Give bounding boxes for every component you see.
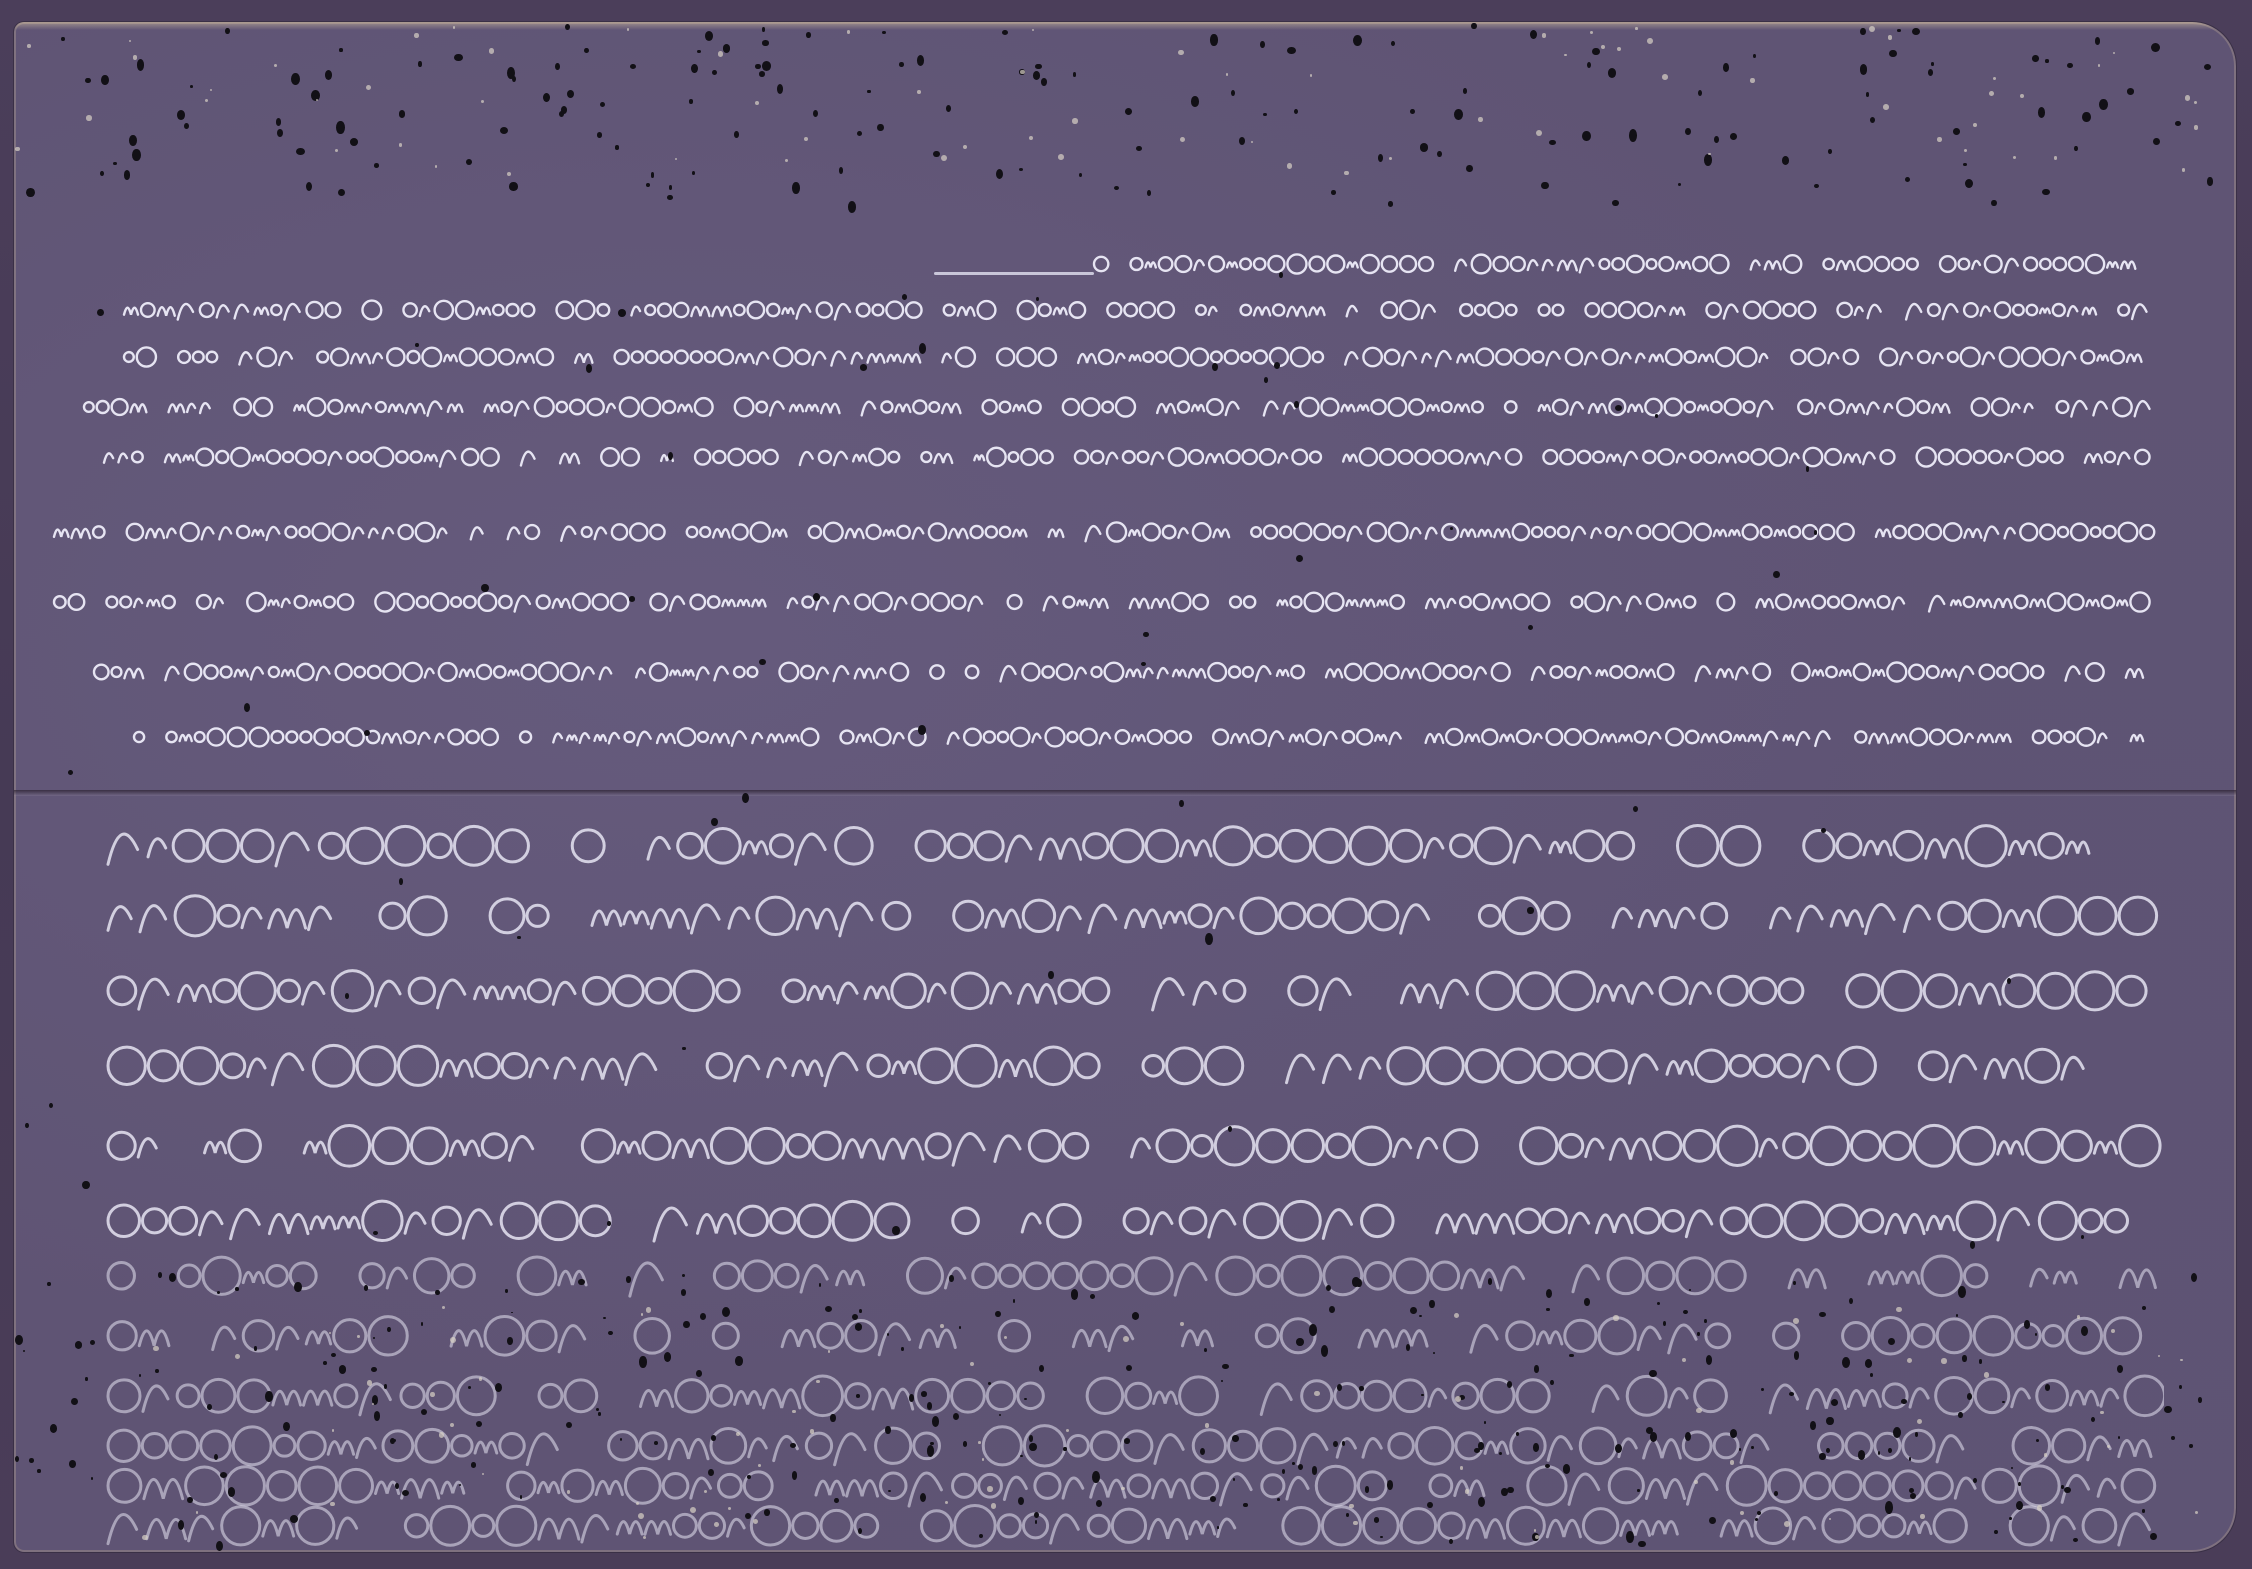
worm-hole xyxy=(855,1323,863,1331)
worm-hole xyxy=(2032,55,2038,62)
worm-hole xyxy=(899,62,904,67)
paper-speck xyxy=(430,1392,434,1396)
worm-hole xyxy=(350,138,359,146)
paper-speck xyxy=(439,1432,445,1438)
worm-hole xyxy=(2024,1320,2030,1329)
worm-hole xyxy=(2007,978,2011,984)
worm-hole xyxy=(919,343,926,353)
worm-hole xyxy=(543,93,550,102)
worm-hole xyxy=(2151,43,2160,52)
worm-hole xyxy=(1427,1502,1433,1508)
worm-hole xyxy=(1454,109,1463,120)
paper-speck xyxy=(755,101,759,105)
worm-hole xyxy=(1274,362,1280,369)
paper-speck xyxy=(1535,1535,1539,1539)
worm-hole xyxy=(927,1402,932,1410)
worm-hole xyxy=(1141,662,1146,666)
worm-hole xyxy=(1035,64,1041,70)
worm-hole xyxy=(692,171,695,175)
paper-speck xyxy=(2054,156,2058,160)
worm-hole xyxy=(764,1509,770,1515)
paper-speck xyxy=(2195,1511,2198,1514)
worm-hole xyxy=(1889,50,1897,57)
worm-hole xyxy=(1626,1531,1634,1542)
paper-speck xyxy=(2111,1329,2116,1334)
paper-speck xyxy=(1226,73,1229,76)
worm-hole xyxy=(1063,1447,1066,1452)
paper-speck xyxy=(27,44,31,48)
worm-hole xyxy=(338,189,345,196)
paper-speck xyxy=(1793,1318,1799,1324)
worm-hole xyxy=(1909,1457,1912,1461)
worm-hole xyxy=(1858,1450,1866,1460)
worm-hole xyxy=(395,1483,399,1489)
worm-hole xyxy=(1090,1294,1095,1299)
paper-speck xyxy=(86,115,92,121)
worm-hole xyxy=(225,28,229,34)
worm-hole xyxy=(265,1391,272,1402)
worm-hole xyxy=(1356,1279,1361,1288)
worm-hole xyxy=(2045,1384,2051,1391)
worm-hole xyxy=(1309,1324,1317,1335)
worm-hole xyxy=(1527,907,1533,913)
worm-hole xyxy=(667,195,672,200)
worm-hole xyxy=(1429,1300,1434,1308)
paper-speck xyxy=(1708,153,1710,155)
worm-hole xyxy=(1965,179,1973,188)
paper-speck xyxy=(1920,1514,1924,1518)
worm-hole xyxy=(1321,1345,1328,1357)
worm-hole xyxy=(1970,1241,1975,1249)
worm-hole xyxy=(555,63,560,70)
paper-speck xyxy=(2098,64,2100,66)
paper-speck xyxy=(479,1377,482,1380)
worm-hole xyxy=(1337,1384,1342,1391)
paper-speck xyxy=(2013,156,2016,159)
worm-hole xyxy=(124,170,130,179)
upper-panel xyxy=(14,22,2236,790)
worm-hole xyxy=(2036,1439,2039,1442)
worm-hole xyxy=(1204,1348,1207,1352)
paper-speck xyxy=(1883,104,1889,110)
worm-hole xyxy=(892,1226,899,1235)
worm-hole xyxy=(216,1541,223,1551)
worm-hole xyxy=(963,1441,967,1446)
paper-speck xyxy=(1058,154,1064,160)
worm-hole xyxy=(2171,1436,2175,1440)
worm-hole xyxy=(435,1290,439,1295)
worm-hole xyxy=(1041,78,1047,85)
paper-speck xyxy=(1344,171,1348,175)
worm-hole xyxy=(2095,37,2100,44)
worm-hole xyxy=(1991,200,1996,206)
worm-hole xyxy=(1885,1501,1893,1513)
worm-hole xyxy=(139,1374,141,1377)
script-line xyxy=(80,385,2160,425)
worm-hole xyxy=(1232,1435,1238,1442)
script-line xyxy=(104,1035,2164,1091)
worm-hole xyxy=(339,48,342,52)
worm-hole xyxy=(1294,109,1298,114)
worm-hole xyxy=(2082,112,2090,123)
worm-hole xyxy=(466,159,472,165)
paper-speck xyxy=(917,90,921,94)
paper-speck xyxy=(129,40,131,42)
worm-hole xyxy=(1931,62,1935,66)
worm-hole xyxy=(323,1361,327,1365)
worm-hole xyxy=(2011,1467,2013,1469)
worm-hole xyxy=(507,67,515,79)
worm-hole xyxy=(813,593,820,601)
worm-hole xyxy=(664,1352,672,1362)
worm-hole xyxy=(566,1422,572,1428)
worm-hole xyxy=(1789,1392,1794,1396)
paper-speck xyxy=(987,1486,992,1491)
worm-hole xyxy=(374,1411,381,1421)
worm-hole xyxy=(1331,190,1336,195)
worm-hole xyxy=(184,123,189,129)
worm-hole xyxy=(1723,63,1729,71)
worm-hole xyxy=(1704,1319,1707,1323)
worm-hole xyxy=(2042,189,2049,195)
paper-speck xyxy=(1180,137,1185,142)
worm-hole xyxy=(1260,41,1265,48)
worm-hole xyxy=(306,182,312,191)
paper-speck xyxy=(1635,27,1638,30)
worm-hole xyxy=(2175,121,2181,126)
paper-speck xyxy=(1937,137,1942,142)
worm-hole xyxy=(421,1409,427,1415)
worm-hole xyxy=(669,185,672,190)
worm-hole xyxy=(1243,1503,1247,1507)
script-line xyxy=(104,885,2164,941)
script-line xyxy=(100,435,2160,475)
worm-hole xyxy=(294,1282,301,1292)
paper-speck xyxy=(1029,136,1033,140)
paper-speck xyxy=(453,26,455,28)
worm-hole xyxy=(290,1515,298,1523)
worm-hole xyxy=(1810,1421,1816,1430)
script-line xyxy=(104,1115,2164,1171)
worm-hole xyxy=(759,71,766,77)
worm-hole xyxy=(1210,34,1217,45)
worm-hole xyxy=(1212,363,1218,371)
paper-speck xyxy=(758,1464,761,1467)
worm-hole xyxy=(418,61,421,66)
worm-hole xyxy=(132,149,140,161)
worm-hole xyxy=(1294,401,1299,408)
worm-hole xyxy=(1132,1312,1139,1319)
worm-hole xyxy=(696,1370,702,1377)
worm-hole xyxy=(2067,63,2073,68)
paper-speck xyxy=(1478,117,1483,122)
worm-hole xyxy=(137,59,144,71)
worm-hole xyxy=(1365,1486,1370,1493)
worm-hole xyxy=(1582,131,1590,141)
worm-hole xyxy=(1463,88,1468,94)
worm-hole xyxy=(1406,1344,1411,1351)
paper-speck xyxy=(357,1335,360,1338)
worm-hole xyxy=(47,1282,50,1286)
worm-hole xyxy=(1928,69,1933,76)
worm-hole xyxy=(1979,1359,1983,1364)
worm-hole xyxy=(1569,1354,1573,1358)
worm-hole xyxy=(629,596,635,601)
worm-hole xyxy=(885,1426,890,1434)
worm-hole xyxy=(1488,1278,1493,1284)
worm-hole xyxy=(254,1346,257,1350)
worm-hole xyxy=(1819,1312,1826,1317)
worm-hole xyxy=(2073,1538,2077,1542)
worm-hole xyxy=(2117,1365,2123,1373)
worm-hole xyxy=(97,309,104,316)
script-line xyxy=(104,1495,2164,1551)
paper-speck xyxy=(15,147,19,151)
worm-hole xyxy=(1033,71,1041,80)
worm-hole xyxy=(735,1356,742,1366)
worm-hole xyxy=(1264,377,1269,383)
script-line xyxy=(104,960,2164,1016)
worm-hole xyxy=(1279,272,1283,277)
worm-hole xyxy=(995,1311,1000,1317)
paper-speck xyxy=(1455,1396,1461,1402)
worm-hole xyxy=(1391,41,1395,46)
worm-hole xyxy=(214,1454,218,1461)
script-line xyxy=(120,335,2160,375)
worm-hole xyxy=(2074,146,2077,151)
worm-hole xyxy=(597,132,602,138)
worm-hole xyxy=(1794,1351,1799,1359)
worm-hole xyxy=(2099,99,2107,110)
paper-speck xyxy=(1454,1313,1459,1318)
script-line xyxy=(50,580,2160,620)
worm-hole xyxy=(918,725,926,735)
paper-speck xyxy=(2100,1411,2103,1414)
worm-hole xyxy=(860,364,867,370)
paper-speck xyxy=(785,159,788,162)
worm-hole xyxy=(1973,1478,1977,1483)
worm-hole xyxy=(711,818,718,826)
paper-speck xyxy=(1662,74,1668,80)
worm-hole xyxy=(682,1047,686,1051)
paper-speck xyxy=(567,1490,570,1493)
worm-hole xyxy=(1388,201,1394,206)
worm-hole xyxy=(244,703,250,712)
paper-speck xyxy=(1696,1408,1702,1414)
worm-hole xyxy=(1191,96,1199,106)
worm-hole xyxy=(1048,971,1053,979)
worm-hole xyxy=(1071,1289,1078,1299)
paper-speck xyxy=(1590,31,1593,34)
worm-hole xyxy=(1958,1286,1966,1298)
worm-hole xyxy=(2081,1326,2088,1337)
manuscript-leaf xyxy=(14,22,2236,1552)
worm-hole xyxy=(1287,47,1296,54)
worm-hole xyxy=(100,171,104,176)
paper-speck xyxy=(450,1337,456,1343)
worm-hole xyxy=(988,1382,991,1385)
worm-hole xyxy=(1353,35,1362,46)
worm-hole xyxy=(1905,177,1910,182)
paper-speck xyxy=(991,1503,996,1508)
worm-hole xyxy=(1563,1464,1571,1473)
worm-hole xyxy=(1541,182,1549,190)
worm-hole xyxy=(668,452,673,460)
worm-hole xyxy=(29,1458,34,1463)
worm-hole xyxy=(1897,29,1900,32)
worm-hole xyxy=(777,84,783,94)
worm-hole xyxy=(1678,183,1681,186)
worm-hole xyxy=(374,163,379,167)
worm-hole xyxy=(1507,1487,1514,1494)
worm-hole xyxy=(207,1404,212,1410)
worm-hole xyxy=(1359,1386,1364,1391)
paper-speck xyxy=(1389,157,1392,160)
worm-hole xyxy=(1039,1365,1044,1372)
paper-speck xyxy=(1460,1466,1463,1469)
worm-hole xyxy=(1079,173,1082,177)
worm-hole xyxy=(1730,133,1737,140)
worm-hole xyxy=(1136,146,1142,151)
paper-speck xyxy=(1287,163,1293,169)
worm-hole xyxy=(603,1317,606,1319)
worm-hole xyxy=(1533,1443,1539,1451)
worm-hole xyxy=(101,75,108,85)
worm-hole xyxy=(712,70,717,75)
worm-hole xyxy=(1826,1417,1834,1426)
worm-hole xyxy=(2018,1482,2020,1486)
paper-speck xyxy=(414,33,418,37)
worm-hole xyxy=(37,1469,40,1473)
worm-hole xyxy=(50,1424,58,1433)
worm-hole xyxy=(235,1287,239,1291)
worm-hole xyxy=(509,182,517,190)
worm-hole xyxy=(927,1445,935,1457)
script-line xyxy=(1090,242,2150,282)
paper-speck xyxy=(1869,26,1875,32)
worm-hole xyxy=(806,32,811,37)
paper-speck xyxy=(941,155,947,161)
paper-speck xyxy=(704,1490,707,1493)
worm-hole xyxy=(639,1356,647,1367)
worm-hole xyxy=(1530,30,1537,39)
paper-speck xyxy=(1310,74,1312,76)
worm-hole xyxy=(920,1493,926,1502)
worm-hole xyxy=(1612,200,1618,206)
worm-hole xyxy=(82,1181,89,1189)
worm-hole xyxy=(392,1439,395,1442)
worm-hole xyxy=(1709,1517,1716,1524)
paper-speck xyxy=(641,1313,643,1315)
worm-hole xyxy=(596,1408,599,1411)
worm-hole xyxy=(155,1369,159,1373)
paper-speck xyxy=(1020,70,1024,74)
paper-speck xyxy=(1465,1489,1470,1494)
worm-hole xyxy=(1650,1432,1657,1441)
worm-hole xyxy=(336,121,344,134)
worm-hole xyxy=(69,1460,76,1468)
worm-hole xyxy=(2038,107,2046,118)
worm-hole xyxy=(2198,1397,2202,1402)
script-line xyxy=(50,510,2160,550)
worm-hole xyxy=(933,151,940,158)
worm-hole xyxy=(1239,137,1245,145)
worm-hole xyxy=(1374,1517,1380,1522)
paper-speck xyxy=(367,1380,372,1385)
worm-hole xyxy=(700,1313,706,1320)
worm-hole xyxy=(1657,1302,1660,1305)
worm-hole xyxy=(949,1275,954,1282)
worm-hole xyxy=(2164,1406,2172,1413)
worm-hole xyxy=(909,1394,915,1402)
worm-hole xyxy=(1685,1432,1691,1441)
worm-hole xyxy=(1697,1332,1700,1336)
worm-hole xyxy=(618,309,626,317)
paper-speck xyxy=(970,1362,974,1366)
paper-speck xyxy=(1314,1391,1320,1397)
worm-hole xyxy=(1615,1444,1622,1453)
paper-speck xyxy=(316,99,318,101)
worm-hole xyxy=(1831,1399,1838,1406)
worm-hole xyxy=(762,40,769,46)
worm-hole xyxy=(25,1123,29,1129)
worm-hole xyxy=(734,131,739,137)
worm-hole xyxy=(1263,113,1267,116)
worm-hole xyxy=(1534,1365,1539,1372)
worm-hole xyxy=(1179,800,1184,808)
worm-hole xyxy=(1292,1462,1295,1465)
worm-hole xyxy=(129,135,136,146)
script-line xyxy=(104,1245,2164,1301)
worm-hole xyxy=(1860,64,1867,74)
worm-hole xyxy=(1706,1355,1712,1364)
worm-hole xyxy=(1073,72,1077,77)
paper-speck xyxy=(1888,35,1892,39)
worm-hole xyxy=(1637,1489,1639,1492)
worm-hole xyxy=(877,124,884,132)
worm-hole xyxy=(1638,1541,1646,1548)
paper-speck xyxy=(2077,1315,2081,1319)
worm-hole xyxy=(187,1497,192,1503)
worm-hole xyxy=(85,1377,87,1381)
worm-hole xyxy=(177,110,185,120)
worm-hole xyxy=(1200,1448,1205,1455)
paper-speck xyxy=(646,1307,652,1313)
worm-hole xyxy=(402,1490,409,1496)
worm-hole xyxy=(681,1289,687,1296)
worm-hole xyxy=(559,111,564,117)
worm-hole xyxy=(2045,59,2049,62)
worm-hole xyxy=(1036,297,1039,301)
worm-hole xyxy=(1528,625,1533,630)
worm-hole xyxy=(959,1326,961,1329)
paper-speck xyxy=(982,1458,985,1461)
worm-hole xyxy=(830,1414,835,1422)
paper-speck xyxy=(1896,1307,1902,1313)
paper-speck xyxy=(1730,1460,1734,1464)
script-line xyxy=(130,715,2160,755)
worm-hole xyxy=(921,1391,927,1396)
worm-hole xyxy=(1029,1435,1033,1442)
worm-hole xyxy=(23,1350,25,1352)
worm-hole xyxy=(2118,1436,2120,1439)
worm-hole xyxy=(852,1314,858,1320)
worm-hole xyxy=(399,110,406,117)
worm-hole xyxy=(283,1422,290,1431)
worm-hole xyxy=(1096,1500,1102,1507)
script-line xyxy=(104,1190,2164,1246)
paper-speck xyxy=(1989,91,1994,96)
